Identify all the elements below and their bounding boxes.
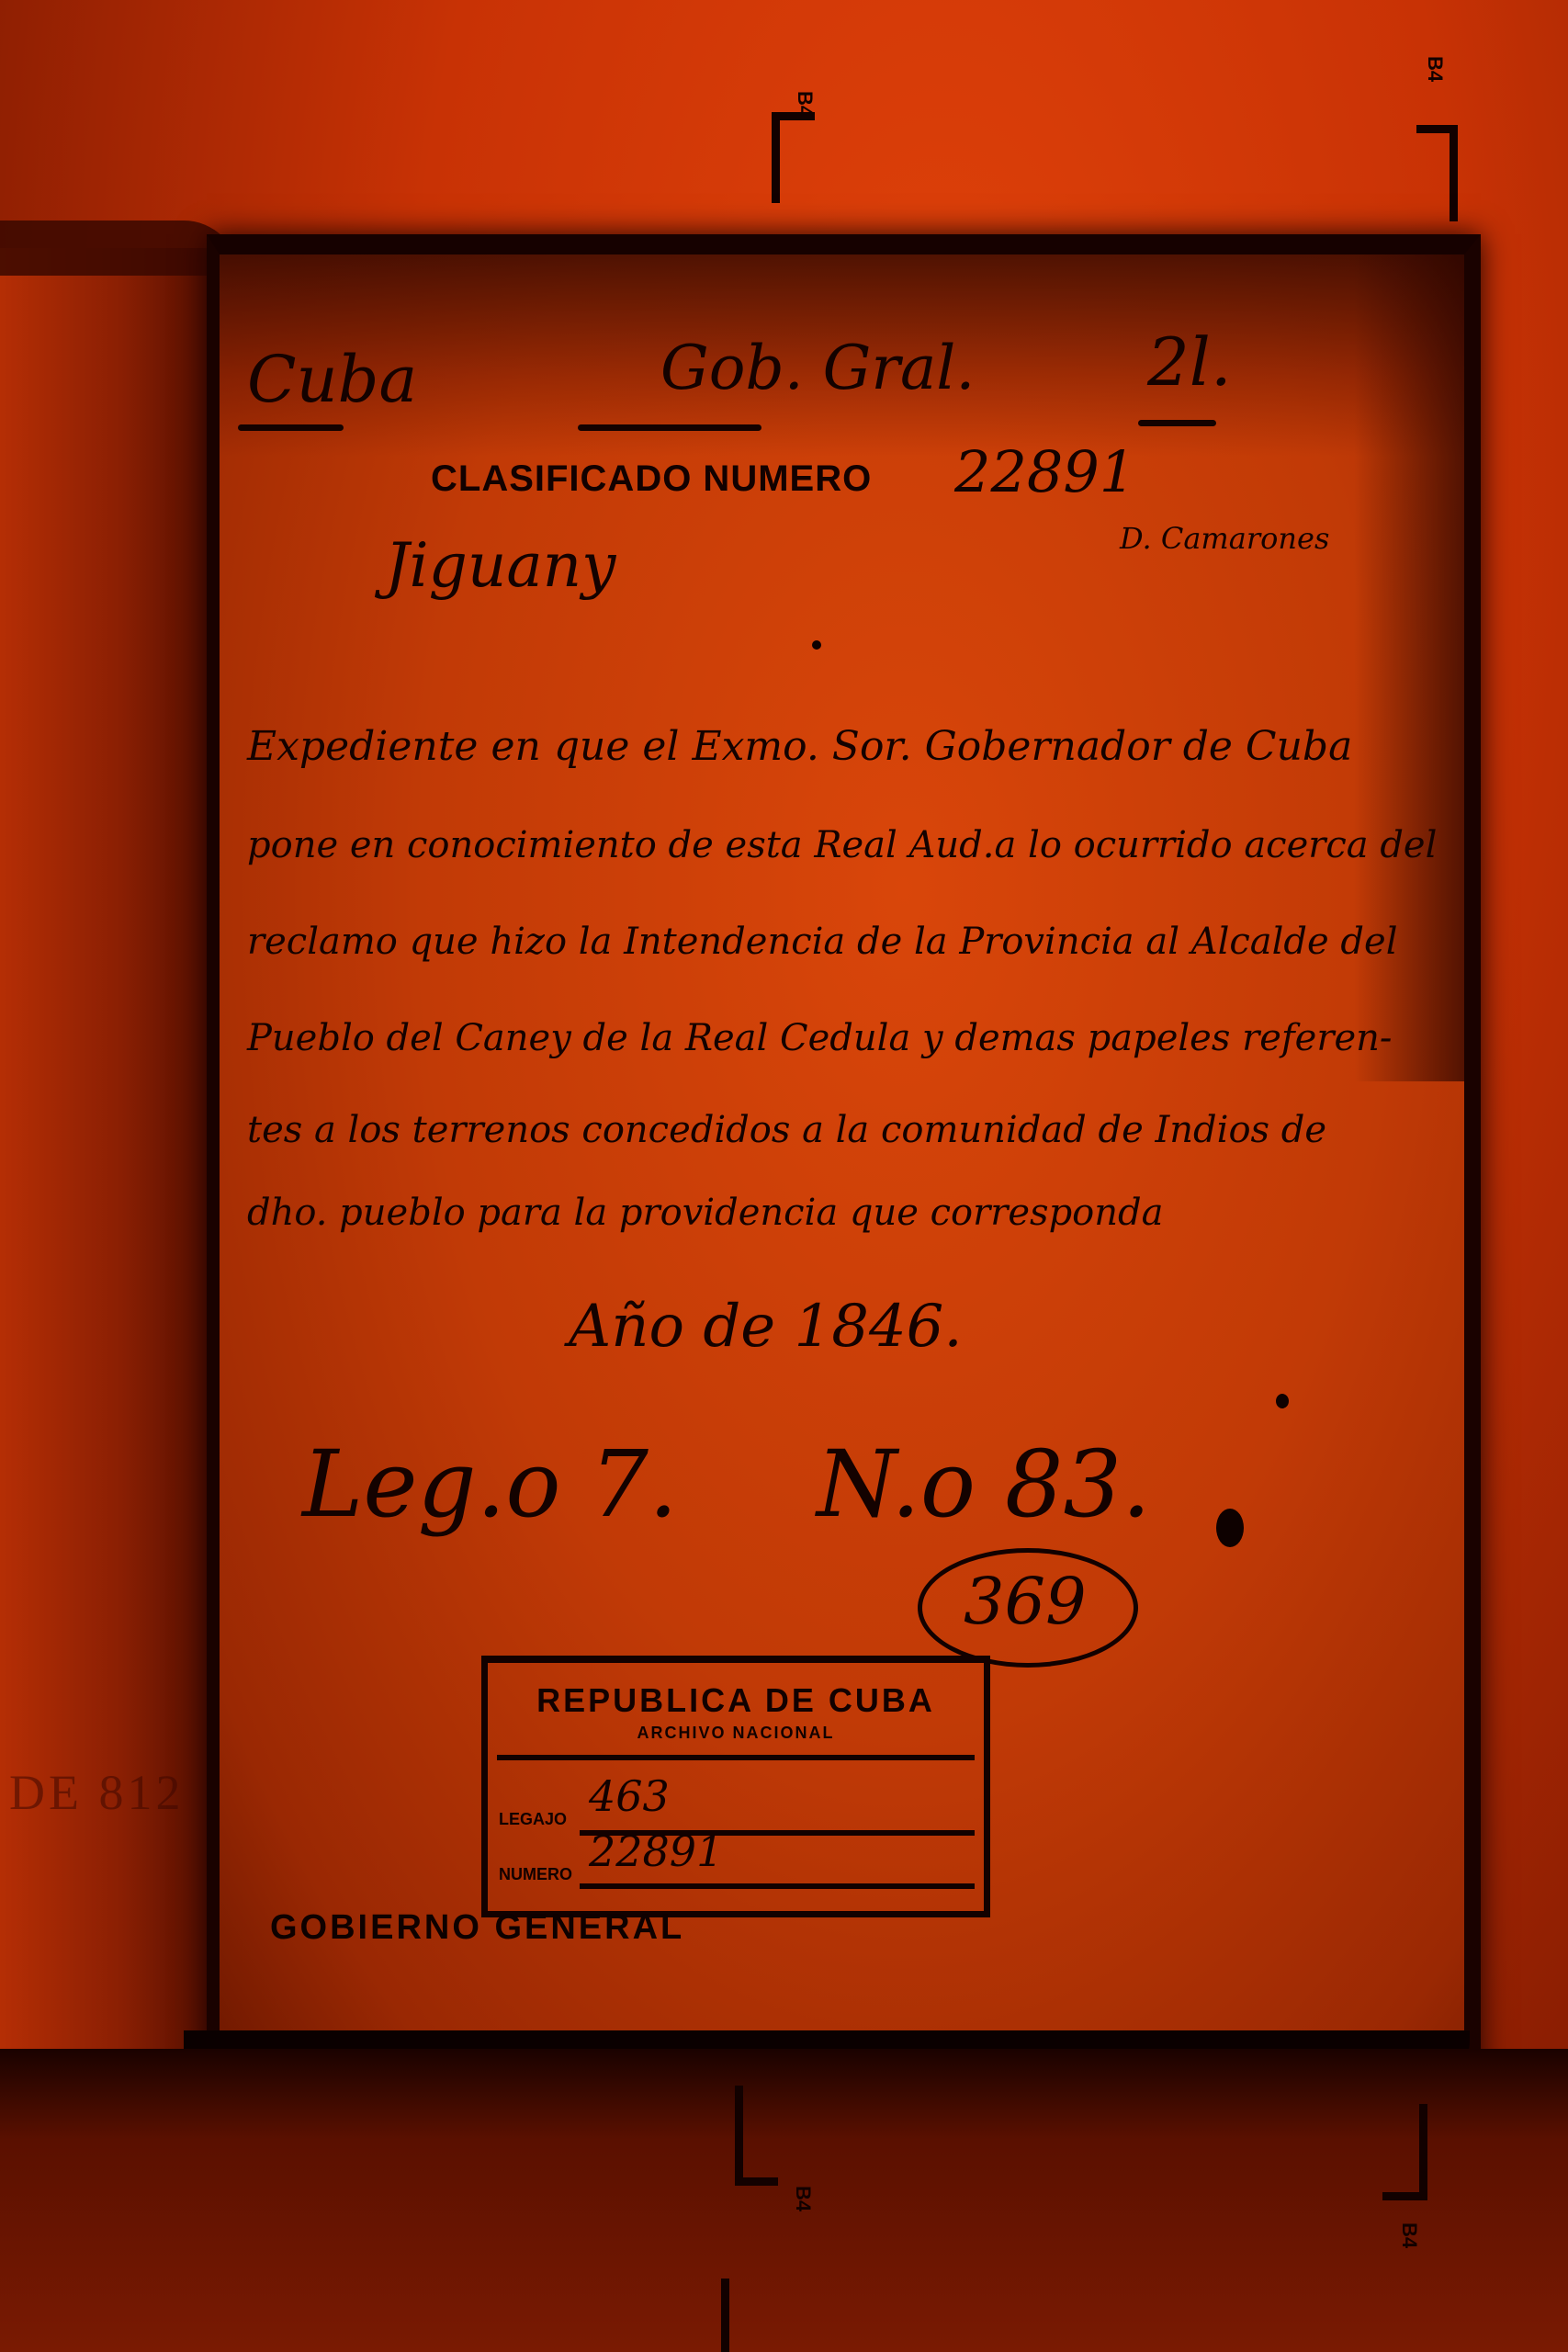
header-label-cuba: Cuba bbox=[247, 342, 417, 417]
stamp-subtitle: ARCHIVO NACIONAL bbox=[488, 1724, 984, 1743]
body-line-3: reclamo que hizo la Intendencia de la Pr… bbox=[247, 921, 1397, 963]
registration-mark-bottom-left bbox=[735, 2086, 778, 2186]
archive-stamp: REPUBLICA DE CUBA ARCHIVO NACIONAL LEGAJ… bbox=[481, 1656, 990, 1917]
ink-blot bbox=[1216, 1509, 1244, 1547]
registration-label-top-right: B4 bbox=[1423, 56, 1447, 82]
stamp-legajo-label: LEGAJO bbox=[499, 1810, 567, 1829]
stamp-divider bbox=[497, 1755, 975, 1760]
registration-mark-top-right bbox=[1416, 125, 1458, 221]
body-line-6: dho. pueblo para la providencia que corr… bbox=[247, 1192, 1163, 1234]
legajo-reference: Leg.o 7. bbox=[302, 1430, 678, 1538]
place-name: Jiguany bbox=[385, 530, 615, 601]
header-underline-3 bbox=[1138, 420, 1216, 426]
ink-blot bbox=[812, 640, 821, 650]
body-line-4: Pueblo del Caney de la Real Cedula y dem… bbox=[247, 1017, 1392, 1059]
registration-tick-bottom bbox=[721, 2278, 729, 2352]
circled-number: 369 bbox=[964, 1564, 1087, 1639]
registration-label-top-left: B4 bbox=[793, 91, 817, 117]
registration-label-bottom-left: B4 bbox=[791, 2186, 815, 2211]
stamp-numero-label: NUMERO bbox=[499, 1865, 572, 1884]
header-underline-1 bbox=[238, 424, 344, 431]
ink-blot bbox=[1276, 1394, 1289, 1408]
body-line-5: tes a los terrenos concedidos a la comun… bbox=[247, 1109, 1326, 1151]
header-label-section: 2l. bbox=[1147, 323, 1232, 401]
body-line-2: pone en conocimiento de esta Real Aud.a … bbox=[247, 824, 1437, 866]
bottom-shadow bbox=[0, 2049, 1568, 2352]
body-line-1: Expediente en que el Exmo. Sor. Gobernad… bbox=[247, 723, 1352, 770]
flap-ghost-text: DE 812 bbox=[9, 1764, 184, 1821]
header-underline-2 bbox=[578, 424, 761, 431]
registration-label-bottom-right: B4 bbox=[1397, 2222, 1421, 2248]
stamp-numero-line bbox=[580, 1883, 975, 1889]
clasificado-label: CLASIFICADO NUMERO bbox=[431, 458, 872, 500]
document-date: Año de 1846. bbox=[569, 1293, 963, 1361]
stamp-numero-value: 22891 bbox=[589, 1826, 723, 1876]
flap-shadow bbox=[0, 220, 239, 276]
stamp-footer: GOBIERNO GENERAL bbox=[270, 1908, 684, 1948]
numero-reference: N.o 83. bbox=[817, 1430, 1151, 1538]
document-page: Cuba Gob. Gral. 2l. CLASIFICADO NUMERO 2… bbox=[207, 234, 1481, 2106]
clasificado-value: 22891 bbox=[954, 438, 1135, 505]
registration-mark-top-left bbox=[772, 112, 815, 203]
stamp-legajo-value: 463 bbox=[589, 1771, 670, 1821]
stamp-title: REPUBLICA DE CUBA bbox=[488, 1681, 984, 1720]
header-label-gob: Gob. Gral. bbox=[660, 333, 975, 403]
registration-mark-bottom-right bbox=[1382, 2104, 1427, 2200]
annotation-camarones: D. Camarones bbox=[1120, 521, 1329, 556]
